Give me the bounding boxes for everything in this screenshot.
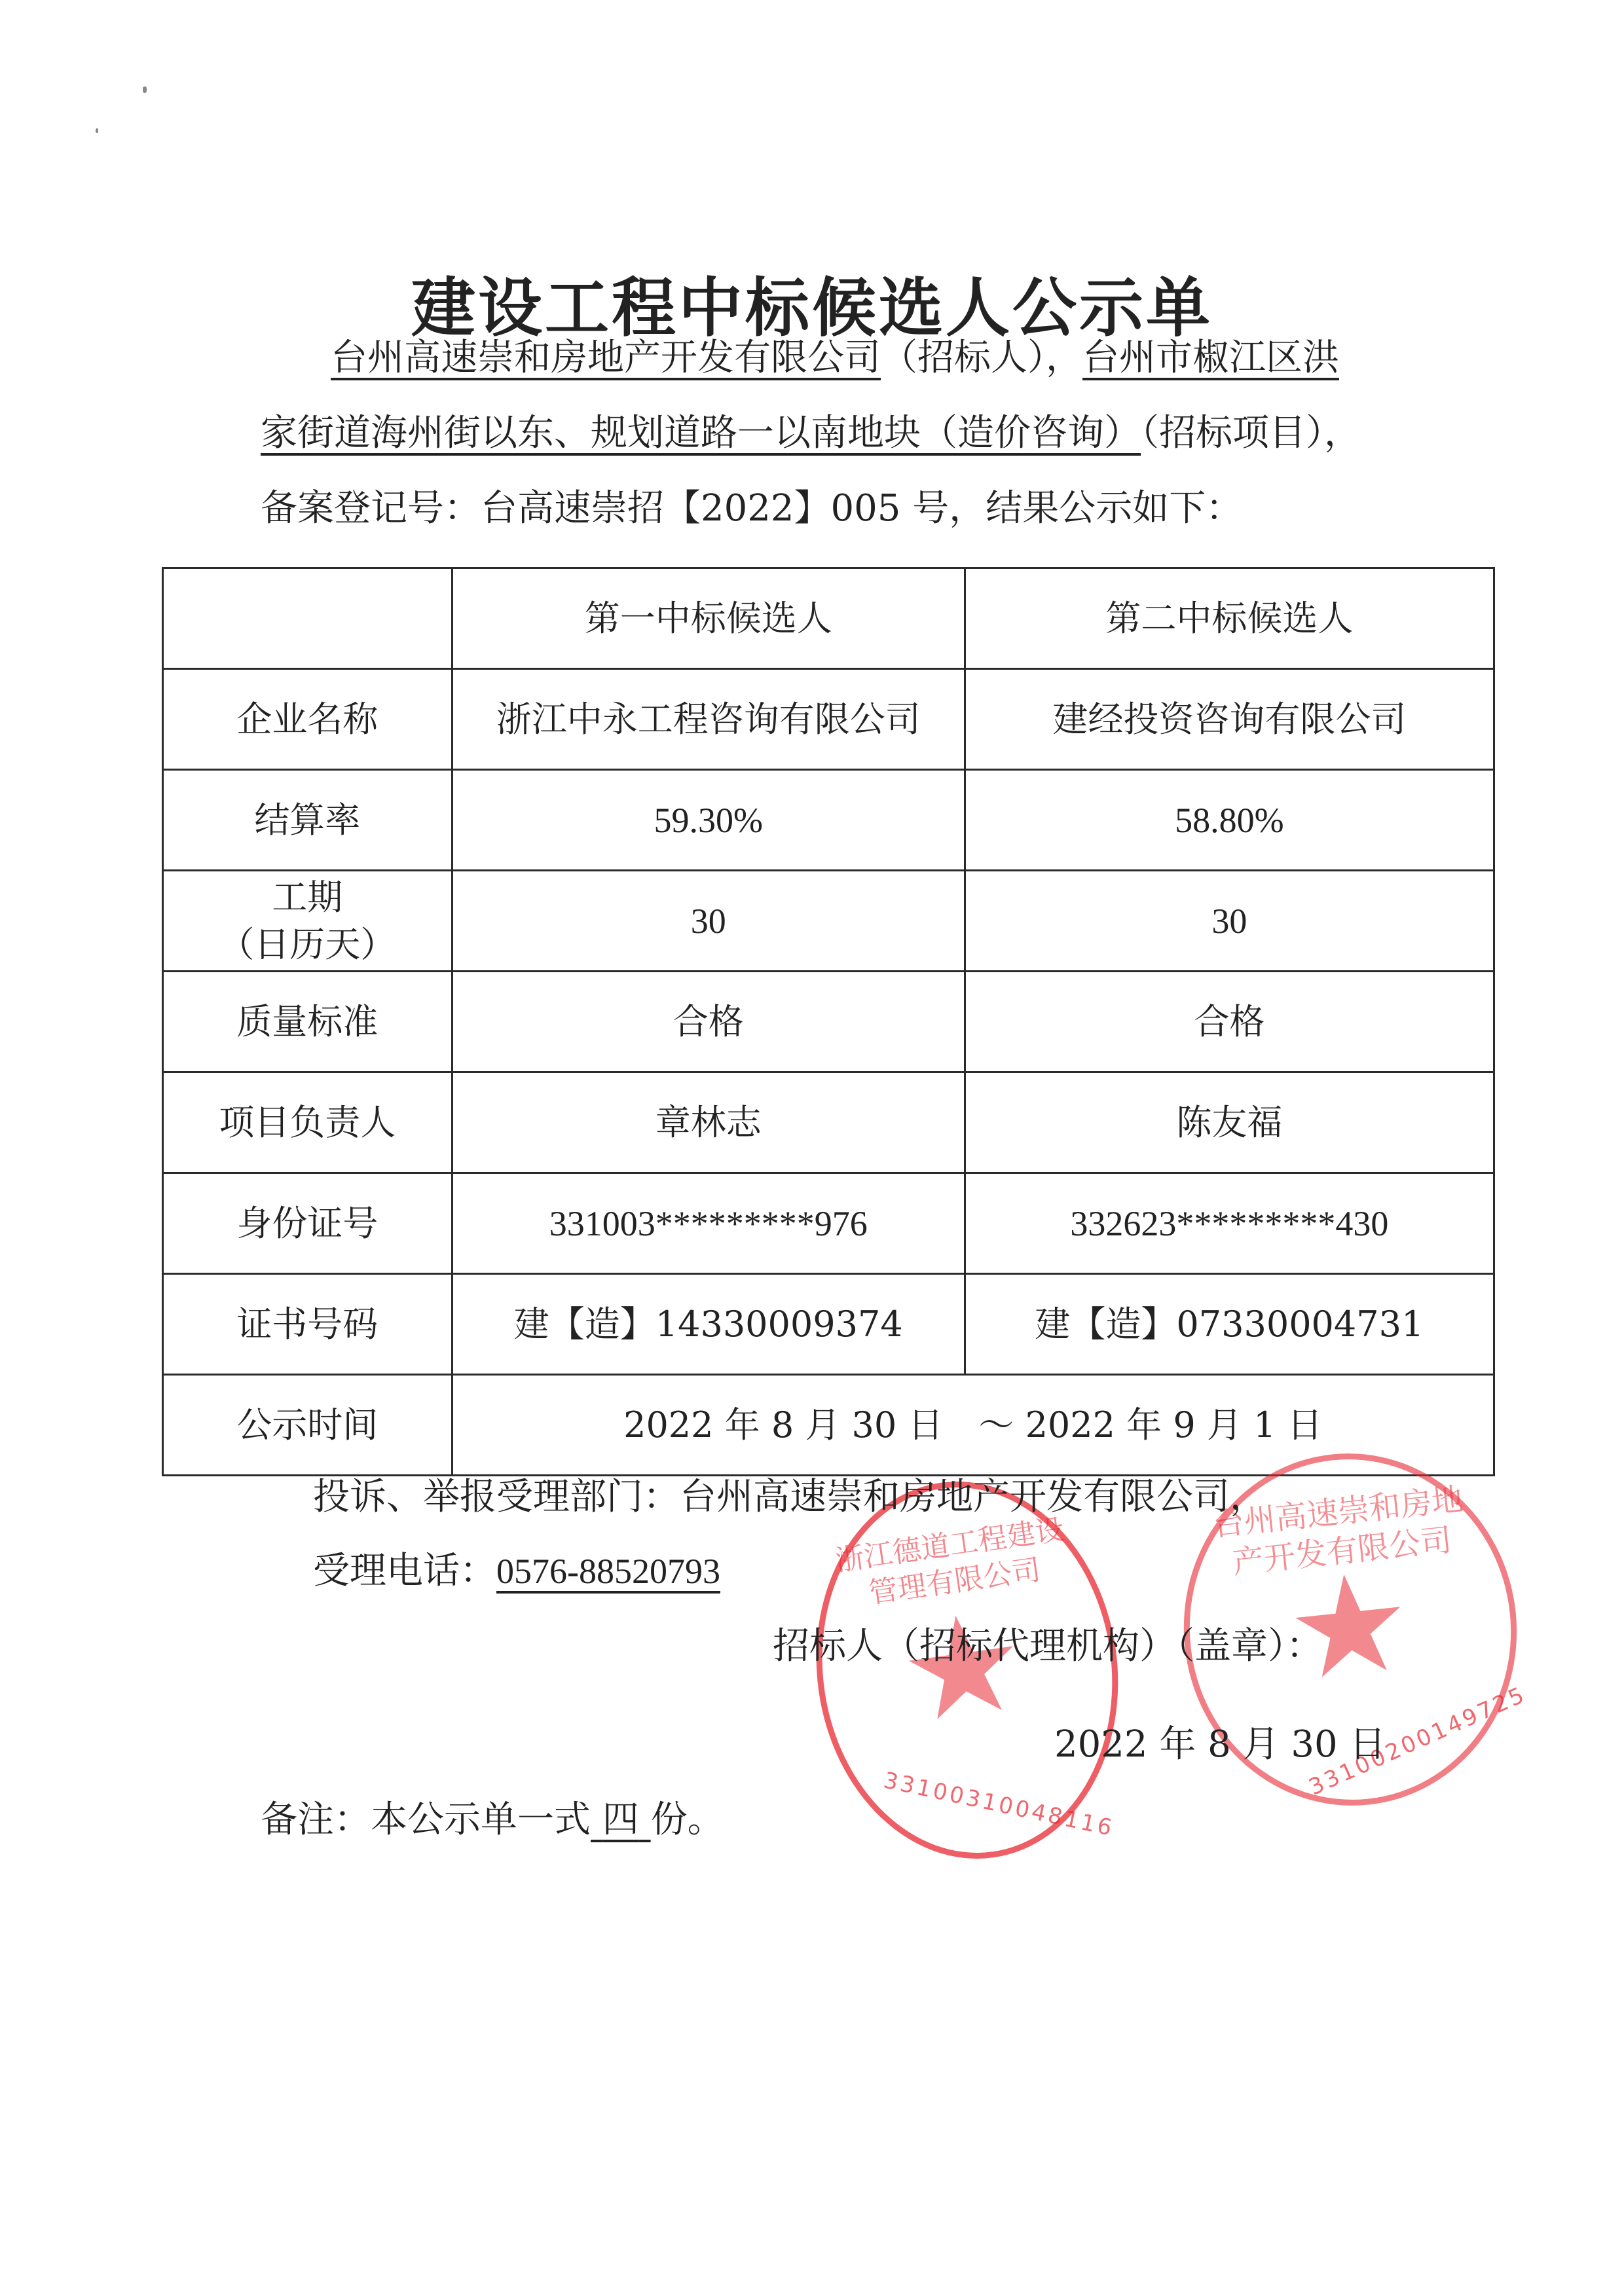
second-value: 30 [965, 871, 1494, 972]
note-prefix: 备注：本公示单一式 [261, 1798, 591, 1841]
registration-line: 备案登记号：台高速崇招【2022】005 号，结果公示如下： [261, 486, 1242, 532]
second-value: 建经投资咨询有限公司 [965, 669, 1494, 770]
row-label: 工期 （日历天） [163, 871, 452, 972]
scan-speck [143, 86, 147, 93]
complaint-department: 投诉、举报受理部门：台州高速崇和房地产开发有限公司， [313, 1474, 1266, 1520]
stamp-number: 3310031004811​6 [881, 1767, 1116, 1842]
intro-line-1: 台州高速崇和房地产开发有限公司（招标人），台州市椒江区洪 [331, 335, 1339, 381]
intro-line-2: 家街道海州街以东、规划道路一以南地块（造价咨询）（招标项目）， [261, 410, 1361, 456]
row-label: 身份证号 [163, 1173, 452, 1274]
tenderer-name: 台州高速崇和房地产开发有限公司 [331, 337, 881, 379]
first-value: 章林志 [452, 1072, 965, 1173]
signature-label: 招标人（招标代理机构）（盖章）： [773, 1624, 1323, 1669]
first-value: 30 [452, 871, 965, 972]
second-value: 陈友福 [965, 1072, 1494, 1173]
note-suffix: 份。 [651, 1798, 724, 1841]
table-row: 结算率 59.30% 58.80% [163, 770, 1494, 871]
signature-date: 2022 年 8 月 30 日 [1054, 1722, 1386, 1768]
row-label-sub: （日历天） [164, 921, 451, 968]
project-name-part1: 台州市椒江区洪 [1082, 337, 1339, 379]
agency-seal-stamp: ★ 浙江德道工程建设管理有限公司 3310031004811​6 [792, 1462, 1142, 1878]
table-row: 工期 （日历天） 30 30 [163, 871, 1494, 972]
header-first-candidate: 第一中标候选人 [452, 568, 965, 669]
phone-label: 受理电话： [313, 1550, 496, 1592]
row-label: 结算率 [163, 770, 452, 871]
stamp-text: 浙江德道工程建设管理有限公司 [830, 1511, 1074, 1616]
second-value: 332623*********430 [965, 1173, 1494, 1274]
candidates-table: 第一中标候选人 第二中标候选人 企业名称 浙江中永工程咨询有限公司 建经投资咨询… [162, 567, 1495, 1476]
table-row: 身份证号 331003*********976 332623*********4… [163, 1173, 1494, 1274]
first-value: 浙江中永工程咨询有限公司 [452, 669, 965, 770]
first-value: 331003*********976 [452, 1173, 965, 1274]
row-label: 证书号码 [163, 1274, 452, 1375]
second-value: 建【造】07330004731 [965, 1274, 1494, 1375]
complaint-phone-line: 受理电话：0576-88520793 [313, 1548, 720, 1594]
first-value: 59.30% [452, 770, 965, 871]
note-line: 备注：本公示单一式 四 份。 [261, 1797, 724, 1843]
row-label-main: 工期 [164, 874, 451, 921]
row-label: 企业名称 [163, 669, 452, 770]
note-count: 四 [591, 1798, 651, 1841]
phone-number: 0576-88520793 [496, 1552, 720, 1591]
table-row-publicity: 公示时间 2022 年 8 月 30 日 ～ 2022 年 9 月 1 日 [163, 1375, 1494, 1476]
table-header-row: 第一中标候选人 第二中标候选人 [163, 568, 1494, 669]
project-name-part2: 家街道海州街以东、规划道路一以南地块（造价咨询） [261, 412, 1141, 454]
table-row: 项目负责人 章林志 陈友福 [163, 1072, 1494, 1173]
note-count-value: 四 [602, 1798, 639, 1841]
row-label: 项目负责人 [163, 1072, 452, 1173]
second-value: 合格 [965, 972, 1494, 1072]
table-row: 质量标准 合格 合格 [163, 972, 1494, 1072]
scan-speck [96, 128, 98, 133]
tenderer-suffix: （招标人）， [881, 337, 1082, 379]
first-value: 合格 [452, 972, 965, 1072]
table-row: 企业名称 浙江中永工程咨询有限公司 建经投资咨询有限公司 [163, 669, 1494, 770]
second-value: 58.80% [965, 770, 1494, 871]
project-suffix: （招标项目）， [1141, 412, 1361, 454]
row-label: 质量标准 [163, 972, 452, 1072]
row-label: 公示时间 [163, 1375, 452, 1476]
first-value: 建【造】14330009374 [452, 1274, 965, 1375]
header-empty [163, 568, 452, 669]
header-second-candidate: 第二中标候选人 [965, 568, 1494, 669]
table-row: 证书号码 建【造】14330009374 建【造】07330004731 [163, 1274, 1494, 1375]
